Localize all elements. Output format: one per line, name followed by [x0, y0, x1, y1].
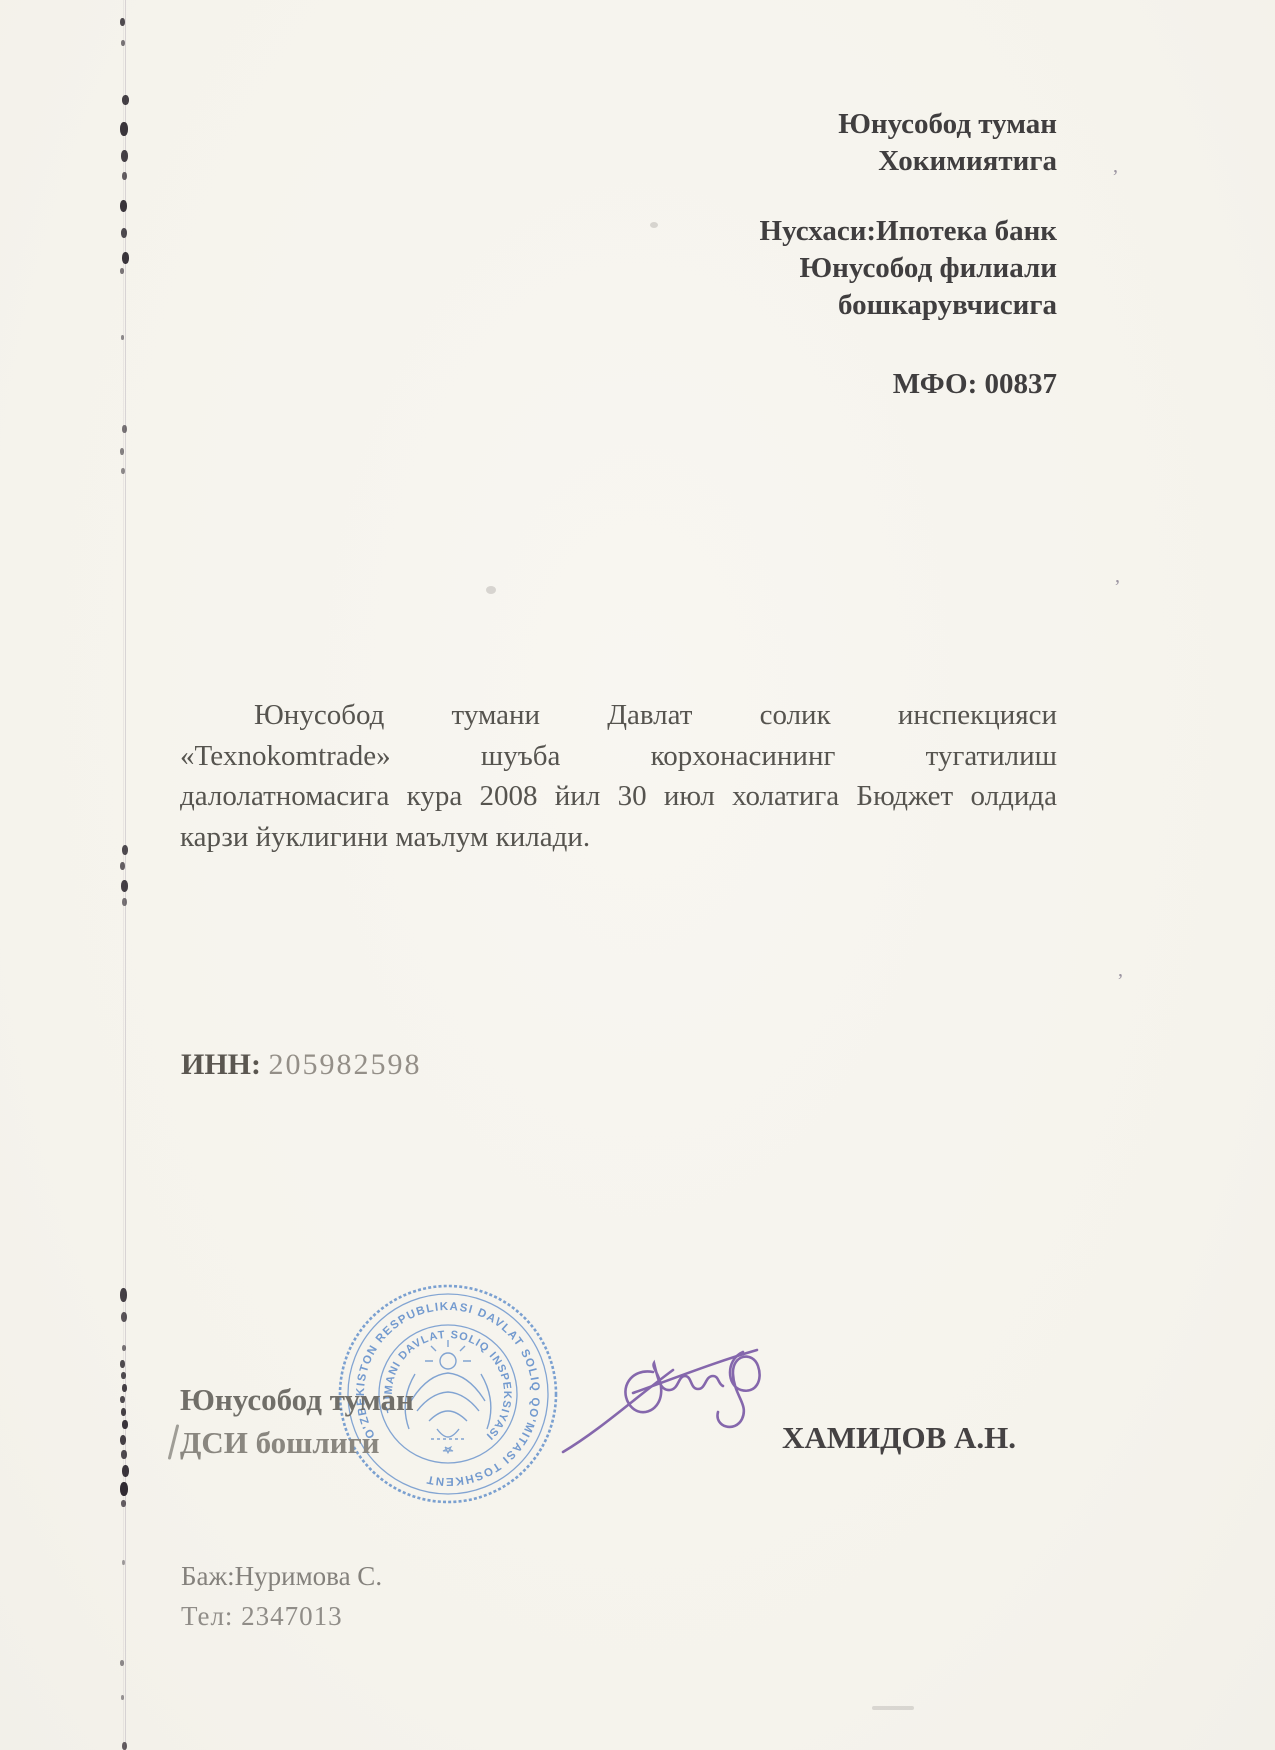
scan-blob: [120, 1660, 124, 1666]
scan-blob: [121, 1312, 127, 1322]
handwritten-signature: [505, 1335, 785, 1475]
addressee-line: Хокимиятига: [760, 143, 1057, 180]
scan-blob: [120, 1396, 125, 1403]
mfo-line: МФО: 00837: [760, 366, 1057, 403]
scan-blob: [120, 1288, 127, 1302]
stray-slash-mark: [168, 1424, 180, 1460]
inn-line: ИНН: 205982598: [181, 1048, 422, 1082]
body-line: Юнусобод тумани Давлат солик инспекцияси: [180, 695, 1057, 736]
scan-blob: [121, 1408, 126, 1416]
scan-blob: [120, 862, 125, 870]
scan-blob: [121, 1695, 124, 1700]
scan-blob: [121, 1372, 126, 1379]
scan-blob: [122, 898, 127, 906]
scan-blob: [122, 845, 128, 855]
stray-dash-mark: [872, 1706, 914, 1710]
scan-blob: [120, 200, 127, 212]
phone-line: Тел: 2347013: [181, 1596, 382, 1636]
letter-header: Юнусобод туман Хокимиятига Нусхаси:Ипоте…: [760, 106, 1057, 403]
scan-blob: [120, 18, 125, 26]
stray-tick-mark: ’: [1114, 582, 1121, 592]
org-line: ДСИ бошлиги: [180, 1421, 414, 1464]
org-signature-block: Юнусобод туман ДСИ бошлиги: [180, 1378, 414, 1464]
scan-blob: [122, 95, 129, 105]
copy-line: Юнусобод филиали: [760, 250, 1057, 287]
scan-blob: [121, 228, 127, 238]
org-line: Юнусобод туман: [180, 1378, 414, 1421]
scan-blob: [121, 335, 124, 340]
scan-blob: [122, 1560, 125, 1565]
scan-blob: [122, 425, 127, 433]
scan-blob: [120, 1360, 125, 1368]
scan-blob: [121, 1500, 126, 1507]
copy-line: Нусхаси:Ипотека банк: [760, 213, 1057, 250]
scan-blob: [122, 1742, 127, 1750]
addressee-line: Юнусобод туман: [760, 106, 1057, 143]
executor-line: Баж:Нуримова С.: [181, 1556, 382, 1596]
scan-blob: [121, 40, 125, 46]
scan-blob: [121, 880, 128, 892]
scan-blob: [121, 468, 125, 474]
scan-blob: [122, 1465, 129, 1477]
scan-blob: [120, 1482, 128, 1496]
stamp-emblem: [405, 1340, 491, 1453]
scan-blob: [120, 1435, 126, 1445]
body-line: «Texnokomtrade» шуъба корхонасининг туга…: [180, 736, 1057, 777]
inn-value: 205982598: [269, 1048, 422, 1081]
scanned-letter-page: ’ ’ ’ Юнусобод туман Хокимиятига Нусхаси…: [0, 0, 1275, 1750]
scan-blob: [122, 1345, 126, 1351]
scan-blob: [122, 252, 129, 264]
scan-blob: [121, 150, 128, 162]
letter-footer: Баж:Нуримова С. Тел: 2347013: [181, 1556, 382, 1636]
body-line: карзи йуклигини маълум килади.: [180, 817, 1057, 858]
letter-body: Юнусобод тумани Давлат солик инспекцияси…: [180, 695, 1057, 857]
scan-blob: [122, 1384, 127, 1392]
scan-blob: [122, 1420, 128, 1429]
inn-label: ИНН:: [181, 1048, 261, 1081]
body-line: далолатномасига кура 2008 йил 30 июл хол…: [180, 776, 1057, 817]
stray-tick-mark: ’: [1112, 172, 1119, 182]
scan-blob: [120, 122, 128, 136]
scan-blob: [122, 172, 127, 180]
stray-smudge: [486, 586, 496, 594]
signer-name: ХАМИДОВ А.Н.: [782, 1420, 1016, 1456]
stray-tick-mark: ’: [1117, 976, 1124, 986]
scan-blob: [121, 1450, 127, 1459]
stray-smudge: [650, 222, 658, 228]
scan-blob: [120, 268, 124, 274]
scan-blob: [120, 448, 124, 455]
copy-line: бошкарувчисига: [760, 287, 1057, 324]
